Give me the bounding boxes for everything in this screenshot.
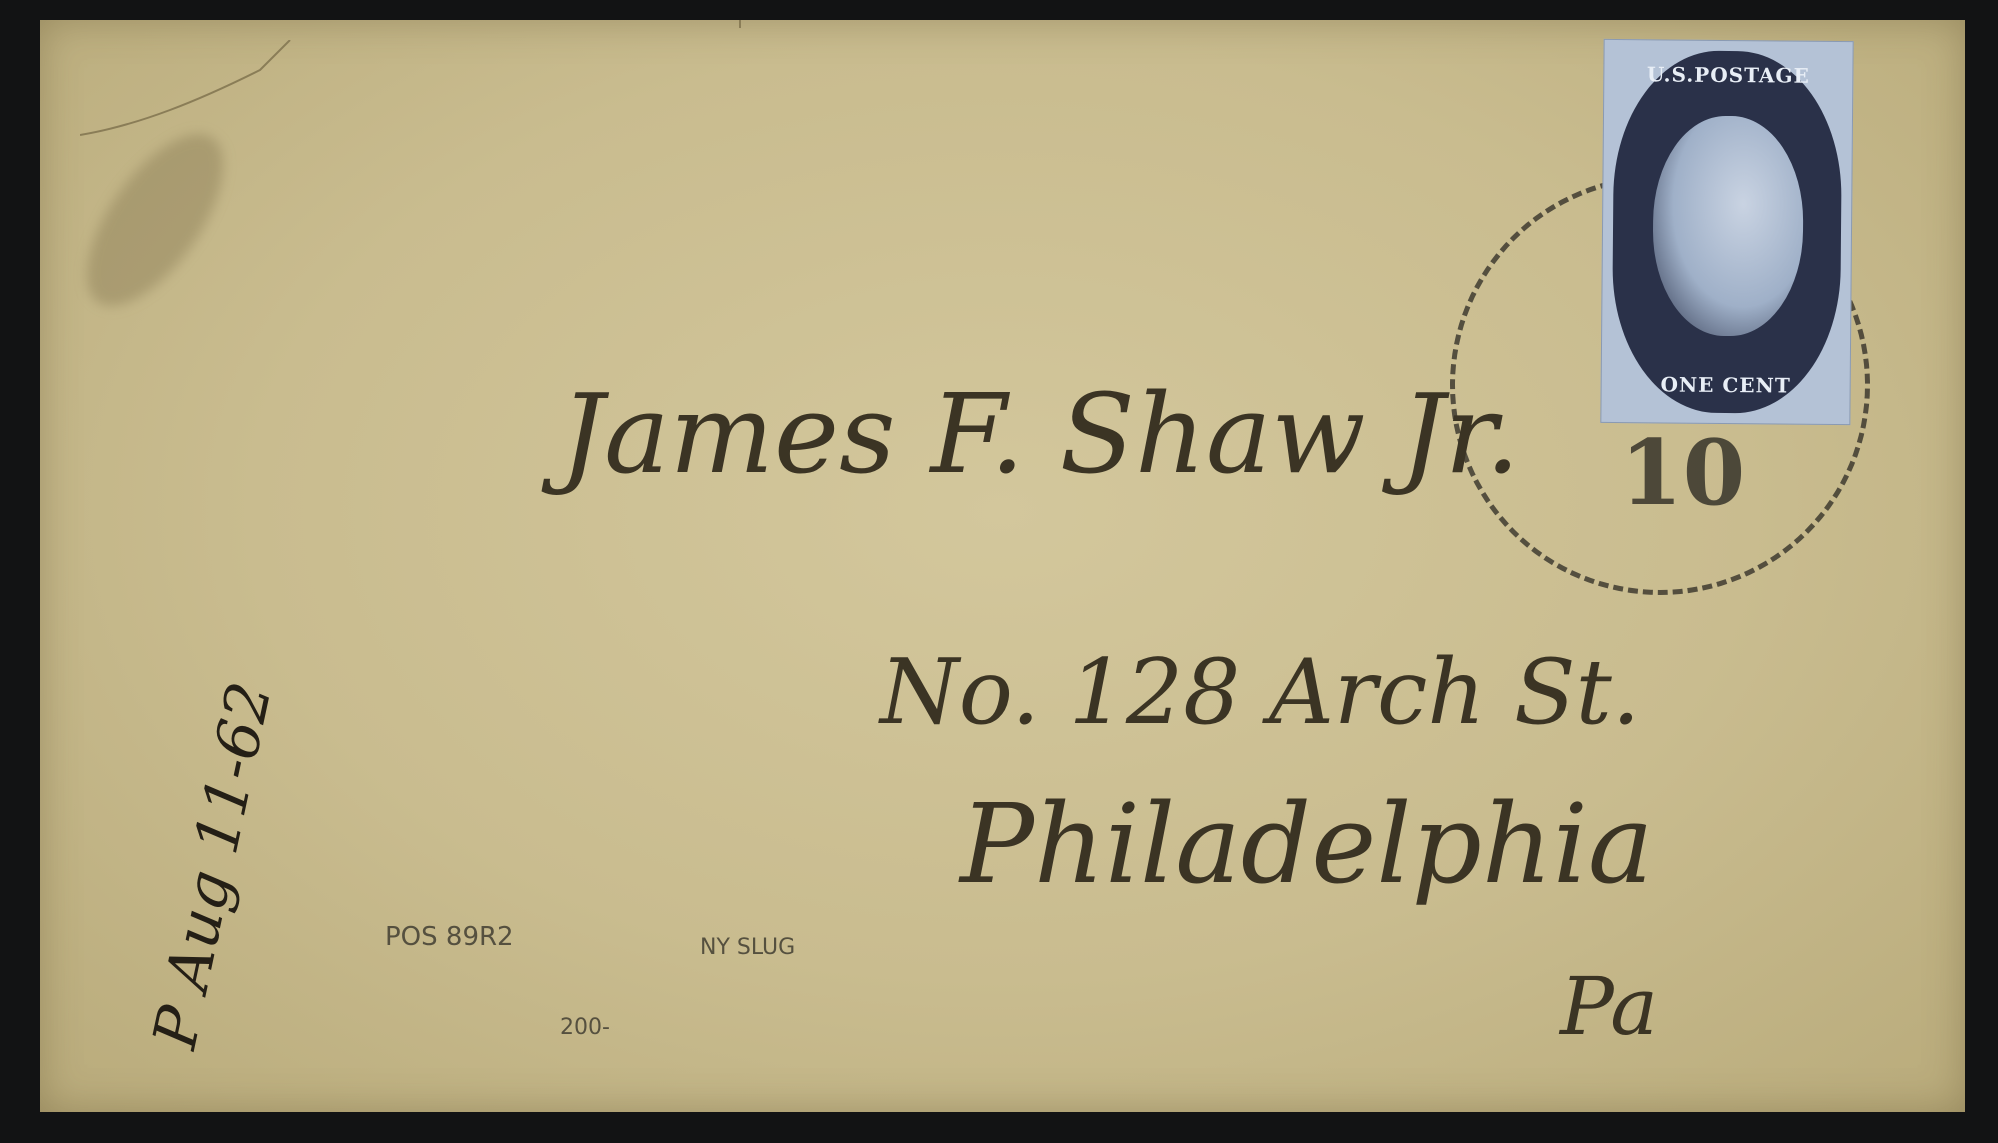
address-line-2: No. 128 Arch St. [880,640,1640,745]
address-line-3: Philadelphia [960,780,1654,908]
address-line-4: Pa [1560,960,1658,1053]
pencil-note-position: POS 89R2 [385,922,514,952]
pencil-note-price: 200- [560,1015,610,1040]
address-line-1: James F. Shaw Jr. [560,370,1520,498]
pencil-note-slug: NY SLUG [700,935,795,960]
stamp-portrait [1652,115,1804,336]
postmark-rate-numeral: 10 [1620,420,1745,526]
stamp-bottom-text: ONE CENT [1602,372,1850,398]
postage-stamp: U.S.POSTAGE ONE CENT [1600,39,1853,425]
stamp-top-text: U.S.POSTAGE [1604,62,1852,88]
